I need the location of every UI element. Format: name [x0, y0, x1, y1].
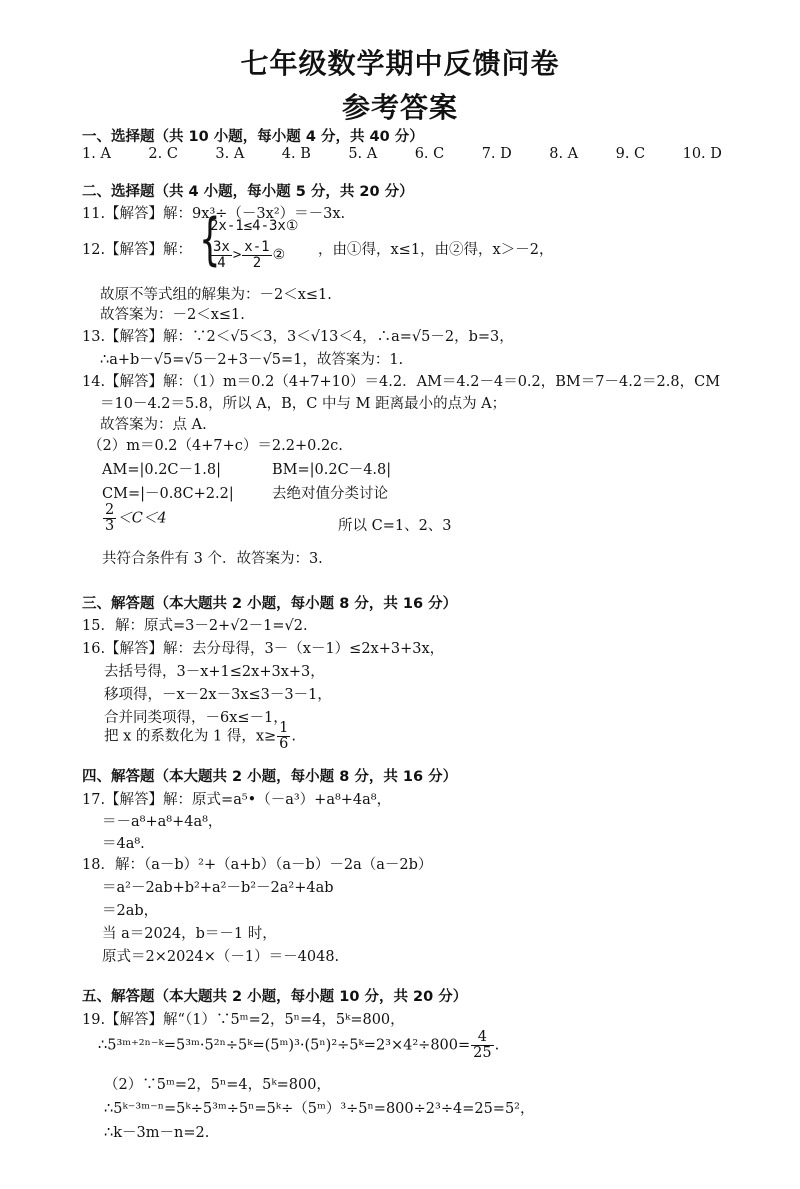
q14-line2: ＝10－4.2＝5.8，所以 A，B，C 中与 M 距离最小的点为 A；: [100, 392, 506, 413]
q12-prefix: 12.【解答】解：: [82, 238, 192, 259]
q14-cm: CM=|－0.8C+2.2|: [102, 482, 234, 503]
answer-10: 10. D: [683, 146, 722, 162]
q13-line2: ∴a+b－√5=√5－2+3－√5=1，故答案为：1.: [100, 348, 403, 369]
q16-line5-suffix: .: [291, 729, 296, 745]
q16-line5-prefix: 把 x 的系数化为 1 得，x≥: [104, 729, 276, 745]
q19-line2-prefix: ∴5³ᵐ⁺²ⁿ⁻ᵏ=5³ᵐ·5²ⁿ÷5ᵏ=(5ᵐ)³·(5ⁿ)²÷5ᵏ=2³×4…: [98, 1038, 470, 1054]
answer-8: 8. A: [549, 146, 578, 162]
frac-den: 6: [277, 737, 290, 752]
q14-range: 23＜C＜4: [102, 503, 167, 534]
answer-2: 2. C: [148, 146, 178, 162]
q19-line2-suffix: .: [495, 1038, 500, 1054]
gt-symbol: >: [233, 247, 241, 263]
circled-2: ②: [273, 247, 286, 263]
q14-note: 去绝对值分类讨论: [272, 482, 388, 503]
q14-line3: 故答案为：点 A.: [100, 413, 207, 434]
answer-9: 9. C: [616, 146, 646, 162]
q12-line2: 故原不等式组的解集为：－2＜x≤1.: [100, 283, 332, 304]
section2-heading: 二、选择题（共 4 小题，每小题 5 分，共 20 分）: [82, 180, 414, 201]
q16-line1: 16.【解答】解：去分母得，3－（x－1）≤2x+3+3x，: [82, 637, 444, 658]
q16-line2: 去括号得，3－x+1≤2x+3x+3，: [104, 660, 325, 681]
frac-den: 4: [211, 256, 232, 271]
q18-line5: 原式＝2×2024×（－1）＝－4048.: [102, 945, 339, 966]
section4-heading: 四、解答题（本大题共 2 小题，每小题 8 分，共 16 分）: [82, 765, 457, 786]
q12-inequality-2: 3x4>x-12②: [210, 240, 285, 270]
page-title: 七年级数学期中反馈问卷: [0, 42, 800, 82]
q17-line1: 17.【解答】解：原式=a⁵•（－a³）+a⁸+4a⁸，: [82, 788, 391, 809]
frac-den: 3: [103, 519, 116, 534]
page-subtitle: 参考答案: [0, 86, 800, 126]
q19-line1: 19.【解答】解“（1）∵5ᵐ=2，5ⁿ=4，5ᵏ=800，: [82, 1008, 405, 1029]
q17-line3: ＝4a⁸.: [102, 832, 145, 853]
q16-line5: 把 x 的系数化为 1 得，x≥16.: [104, 721, 296, 752]
q14-line1: 14.【解答】解：（1）m＝0.2（4+7+10）＝4.2．AM＝4.2－4＝0…: [82, 370, 720, 391]
range-rest: ＜C＜4: [117, 511, 166, 527]
q15-solution: 15．解：原式=3－2+√2－1=√2.: [82, 614, 308, 635]
q13-line1: 13.【解答】解：∵2＜√5＜3，3＜√13＜4，∴a=√5－2，b=3，: [82, 325, 514, 346]
frac-num: x-1: [242, 240, 271, 256]
answer-4: 4. B: [282, 146, 311, 162]
section1-heading: 一、选择题（共 10 小题，每小题 4 分，共 40 分）: [82, 125, 424, 146]
q18-line3: ＝2ab，: [102, 899, 158, 920]
q18-line1: 18．解：（a－b）²+（a+b）（a－b）－2a（a－2b）: [82, 853, 432, 874]
q14-line4: （2）m＝0.2（4+7+c）＝2.2+0.2c.: [88, 434, 343, 455]
q19-line2: ∴5³ᵐ⁺²ⁿ⁻ᵏ=5³ᵐ·5²ⁿ÷5ᵏ=(5ᵐ)³·(5ⁿ)²÷5ᵏ=2³×4…: [98, 1030, 499, 1061]
frac-num: 2: [103, 503, 116, 519]
q12-inequality-1: 2x-1≤4-3x①: [210, 218, 298, 234]
q19-line3: （2）∵5ᵐ=2，5ⁿ=4，5ᵏ=800，: [104, 1073, 331, 1094]
frac-num: 4: [471, 1030, 493, 1046]
q14-so: 所以 C=1、2、3: [338, 514, 452, 535]
q12-line3: 故答案为：－2＜x≤1.: [100, 303, 245, 324]
q17-line2: ＝－a⁸+a⁸+4a⁸，: [102, 810, 222, 831]
frac-num: 1: [277, 721, 290, 737]
frac-den: 25: [471, 1046, 493, 1061]
q12-after: ，由①得，x≤1，由②得，x＞－2，: [318, 238, 553, 259]
frac-num: 3x: [211, 240, 232, 256]
answer-1: 1. A: [82, 146, 111, 162]
answer-7: 7. D: [482, 146, 512, 162]
section1-answers: 1. A 2. C 3. A 4. B 5. A 6. C 7. D 8. A …: [82, 146, 722, 162]
answer-6: 6. C: [415, 146, 445, 162]
q18-line2: ＝a²－2ab+b²+a²－b²－2a²+4ab: [102, 876, 334, 897]
q18-line4: 当 a＝2024，b＝－1 时，: [102, 922, 277, 943]
q14-bm: BM=|0.2C－4.8|: [272, 458, 391, 479]
q16-line3: 移项得，－x－2x－3x≤3－3－1，: [104, 683, 332, 704]
q14-final: 共符合条件有 3 个．故答案为：3.: [102, 547, 323, 568]
answer-5: 5. A: [348, 146, 377, 162]
q19-line4: ∴5ᵏ⁻³ᵐ⁻ⁿ=5ᵏ÷5³ᵐ÷5ⁿ=5ᵏ÷（5ᵐ）³÷5ⁿ=800÷2³÷4=…: [104, 1097, 534, 1118]
section3-heading: 三、解答题（本大题共 2 小题，每小题 8 分，共 16 分）: [82, 592, 457, 613]
q14-am: AM=|0.2C－1.8|: [102, 458, 221, 479]
answer-3: 3. A: [215, 146, 244, 162]
q19-line5: ∴k－3m－n=2.: [104, 1121, 209, 1142]
section5-heading: 五、解答题（本大题共 2 小题，每小题 10 分，共 20 分）: [82, 985, 467, 1006]
frac-den: 2: [242, 256, 271, 271]
